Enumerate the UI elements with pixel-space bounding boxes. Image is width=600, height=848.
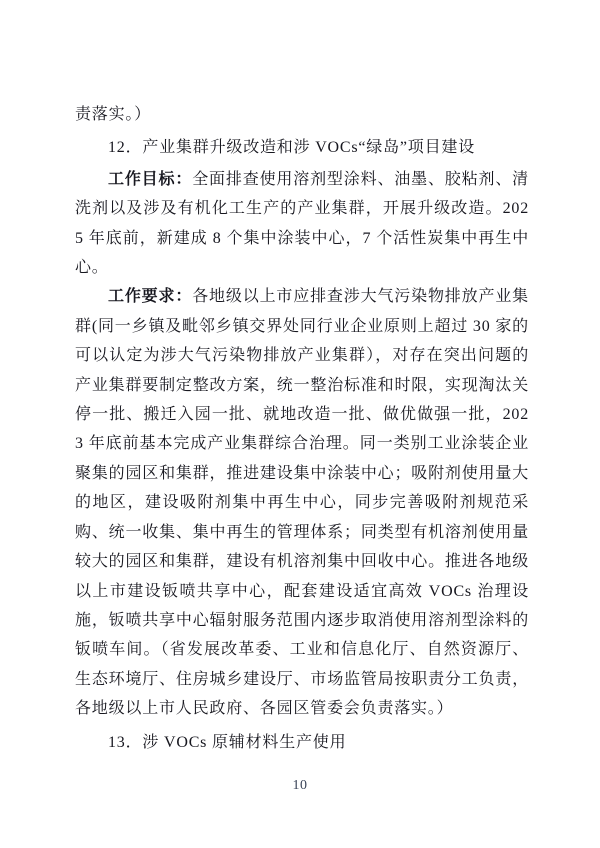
document-page: 责落实。） 12．产业集群升级改造和涉 VOCs“绿岛”项目建设 工作目标：全面… — [0, 0, 600, 848]
section-heading-12: 12．产业集群升级改造和涉 VOCs“绿岛”项目建设 — [75, 133, 529, 162]
work-goal-paragraph: 工作目标：全面排查使用溶剂型涂料、油墨、胶粘剂、清洗剂以及涉及有机化工生产的产业… — [75, 165, 529, 283]
work-requirement-paragraph: 工作要求：各地级以上市应排查涉大气污染物排放产业集群(同一乡镇及毗邻乡镇交界处同… — [75, 282, 529, 723]
work-goal-label: 工作目标： — [108, 171, 192, 188]
section-heading-13: 13．涉 VOCs 原辅材料生产使用 — [75, 728, 529, 757]
work-requirement-label: 工作要求： — [108, 288, 192, 305]
work-requirement-text: 各地级以上市应排查涉大气污染物排放产业集群(同一乡镇及毗邻乡镇交界处同行业企业原… — [75, 288, 529, 717]
page-content: 责落实。） 12．产业集群升级改造和涉 VOCs“绿岛”项目建设 工作目标：全面… — [75, 100, 529, 757]
page-number: 10 — [0, 778, 600, 794]
paragraph-continuation: 责落实。） — [75, 100, 529, 129]
